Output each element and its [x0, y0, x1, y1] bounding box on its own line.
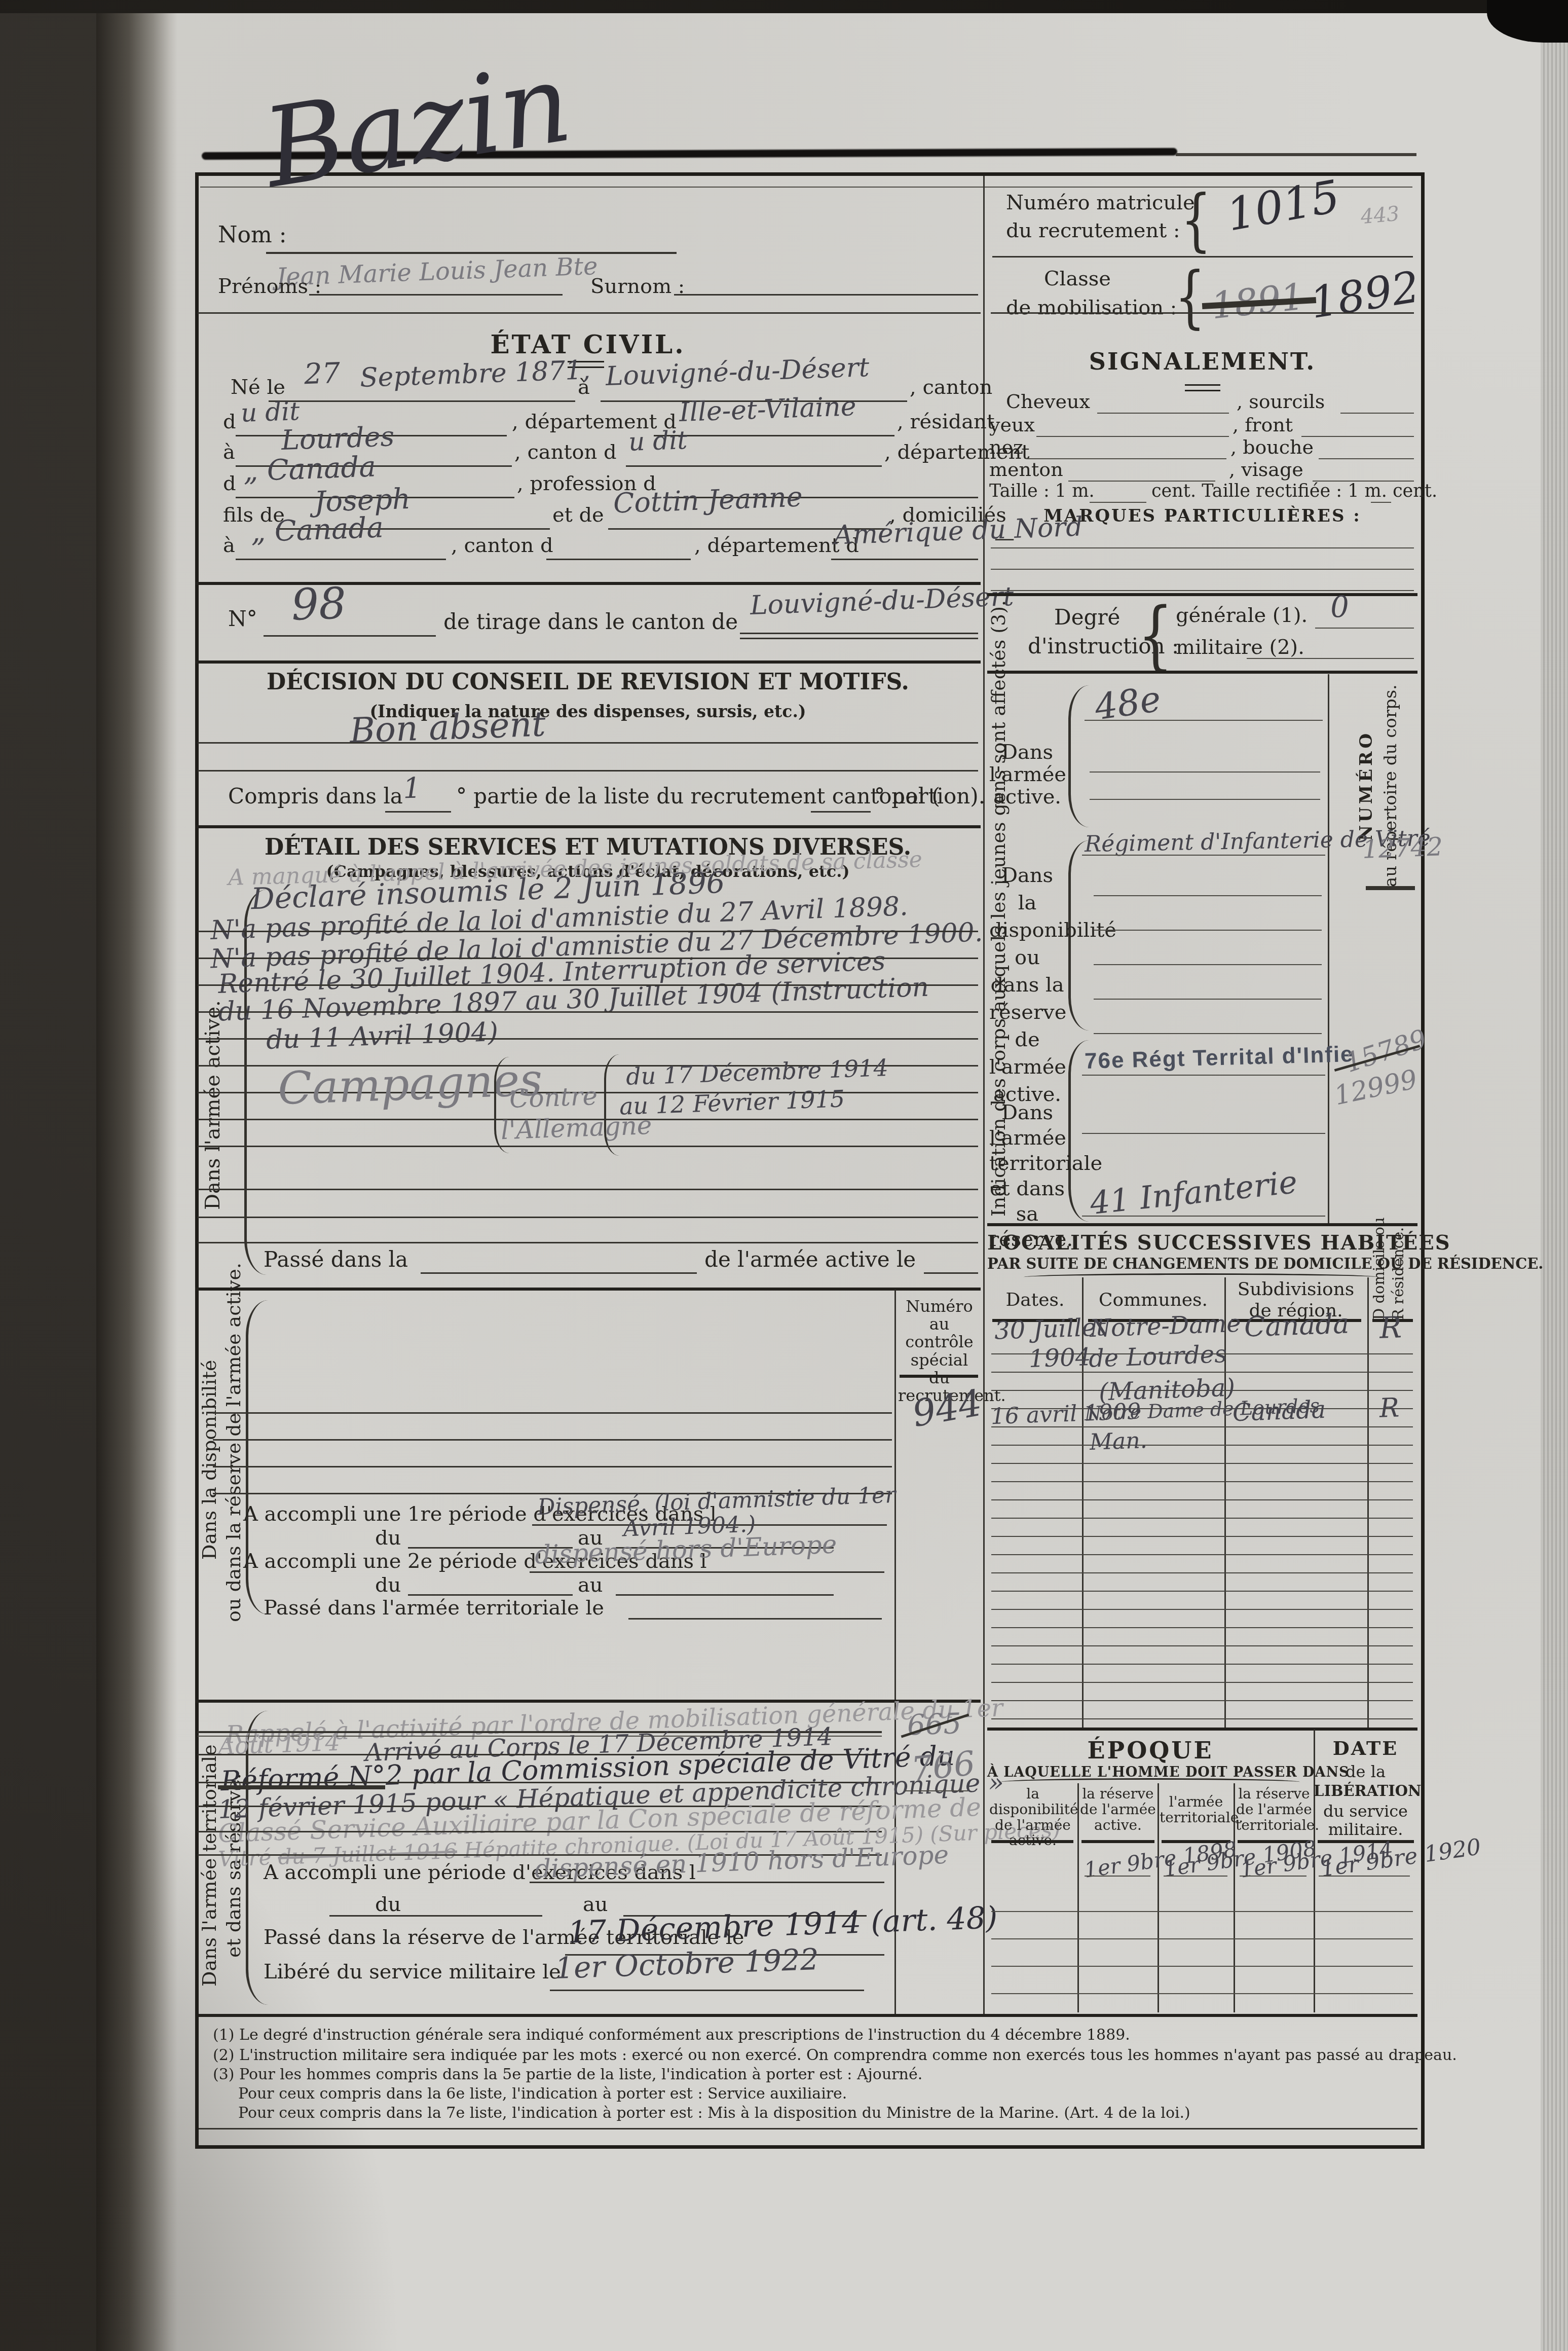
dispo-ruled-lines: [213, 1387, 892, 1501]
epoque-value-rule: [1319, 1876, 1410, 1877]
loc-row1-commune-1: Notre-Dame: [1089, 1311, 1241, 1341]
epoque-header-bar: [991, 1840, 1073, 1843]
services-rule: [198, 1189, 978, 1190]
passe-active-label-2: de l'armée active le: [704, 1248, 916, 1271]
ne-le-label: Né le: [231, 376, 285, 398]
footnote-4: Pour ceux compris dans la 6e liste, l'in…: [238, 2085, 847, 2102]
marques-rule: [991, 590, 1414, 591]
footnote-2: (2) L'instruction militaire sera indiqué…: [213, 2047, 1457, 2064]
taille-label: Taille : 1 m.: [989, 482, 1095, 501]
terr-du-rule: [329, 1915, 542, 1917]
matricule-brace: {: [1181, 187, 1211, 254]
taille-cent-label: cent.: [1393, 482, 1437, 501]
date-liberation-label-2: de la: [1314, 1763, 1417, 1781]
compris-label-3: ° portion).: [874, 785, 985, 808]
residence-country: „ Canada: [243, 453, 377, 486]
parents-canton-label: , canton d: [451, 534, 553, 557]
passe-active-rule: [924, 1272, 978, 1274]
sig-rule: [1097, 413, 1229, 414]
epoque-header-bar: [1081, 1840, 1154, 1843]
visage-label: , visage: [1229, 459, 1303, 481]
ec-rule: [831, 559, 978, 560]
passe-territoriale-label: Passé dans l'armée territoriale le: [264, 1597, 604, 1619]
libere-value: 1er Octobre 1922: [554, 1944, 819, 1983]
date-liberation-label-3: LIBÉRATION: [1314, 1783, 1417, 1799]
corps-active-brace: [1068, 685, 1089, 827]
campagnes-au: au 12 Février 1915: [619, 1087, 845, 1118]
localites-title: LOCALITÉS SUCCESSIVES HABITÉES: [987, 1232, 1417, 1254]
tirage-rule: [264, 635, 436, 637]
libere-label: Libéré du service militaire le: [264, 1961, 561, 1983]
tirage-rule: [740, 638, 978, 639]
passe-active-label-1: Passé dans la: [264, 1248, 408, 1271]
instruction-label-1: Degré: [1054, 606, 1120, 629]
decision-end-rule: [195, 825, 981, 828]
footnote-3: (3) Pour les hommes compris dans la 5e p…: [213, 2066, 922, 2083]
passe-active-rule: [421, 1272, 697, 1274]
loc-row1-dr: R: [1379, 1312, 1402, 1342]
corps-rule: [1082, 1216, 1325, 1217]
epoque-header-2: la réserve de l'armée active.: [1079, 1786, 1156, 1833]
sig-rule: [1090, 502, 1146, 503]
epoque-title: ÉPOQUE: [987, 1738, 1314, 1764]
sig-rule: [1340, 413, 1414, 414]
epoque-top-rule: [987, 1728, 1417, 1731]
tirage-rule: [740, 633, 978, 634]
services-rule: [198, 1217, 978, 1218]
birth-day: 27: [304, 359, 341, 389]
residence-canton-label: , canton d: [514, 441, 617, 463]
corps-active-label: Dans l'armée active.: [989, 741, 1065, 808]
instruction-generale-value: 0: [1330, 592, 1350, 621]
epoque-value-rule: [1240, 1876, 1306, 1877]
compris-label: Compris dans la: [228, 785, 403, 808]
ec-rule: [236, 559, 446, 560]
corps-numero-divider: [1328, 674, 1329, 1223]
cheveux-label: Cheveux: [1006, 391, 1090, 413]
residence-dep-d: d: [223, 472, 236, 495]
classe-brace: {: [1175, 264, 1205, 331]
epoque-value-rule: [1085, 1876, 1150, 1877]
marques-dash: —: [994, 527, 1015, 549]
campagnes-brace-2: [604, 1054, 619, 1156]
compris-label-2: ° partie de la liste du recrutement cant…: [456, 785, 940, 808]
signalement-title: SIGNALEMENT.: [987, 349, 1417, 375]
canton-ditto: u dit: [240, 398, 300, 426]
name-label: Nom :: [218, 223, 287, 247]
periode1-du: du: [375, 1527, 401, 1549]
sig-rule: [1319, 458, 1414, 459]
compris-rule: [811, 811, 871, 813]
periode2-au: au: [578, 1574, 603, 1596]
ec-rule: [626, 465, 882, 467]
tirage-label: de tirage dans le canton de: [443, 610, 738, 634]
terr-margin-label-1: Dans l'armée territoriale: [199, 1739, 220, 1992]
surname-rule: [674, 294, 978, 296]
d-label: d: [223, 411, 236, 433]
a-label: à: [578, 376, 590, 398]
corps-active-lines: [1090, 745, 1320, 826]
periode2-du-rule: [408, 1594, 573, 1596]
date-liberation-label-5: militaire.: [1314, 1821, 1417, 1839]
numero-repertoire-rule: [1366, 886, 1415, 890]
departement-value: Ille-et-Vilaine: [679, 393, 856, 426]
instruction-brace: {: [1138, 597, 1173, 673]
compris-value: 1: [402, 774, 422, 803]
compris-rule: [385, 811, 451, 813]
sig-rule: [1036, 436, 1229, 437]
terr-margin-number-rule: [905, 1790, 968, 1791]
residence-canton-value: u dit: [628, 427, 688, 455]
footnote-1: (1) Le degré d'instruction générale sera…: [213, 2027, 1130, 2043]
terr-margin-number: 766: [910, 1747, 977, 1787]
residence-a-label: à: [223, 441, 235, 463]
matricule-rule: [992, 256, 1413, 258]
firstnames-rule: [309, 294, 563, 296]
services-rule: [198, 1242, 978, 1243]
marques-rule: [991, 569, 1414, 570]
residant-word: , résidant: [897, 411, 995, 433]
military-register-scan: Bazin Nom : Jean Marie Louis Jean Bte Pr…: [0, 0, 1568, 2351]
menton-label: menton: [989, 459, 1063, 481]
localites-header-communes: Communes.: [1082, 1290, 1224, 1310]
corps-dispo-lines: [1094, 862, 1322, 1034]
marques-rule: [991, 547, 1414, 548]
signalement-end-rule: [987, 593, 1417, 596]
loc-row2-commune-2: Man.: [1089, 1429, 1147, 1454]
taille-rectifiee-label: cent. Taille rectifiée : 1 m.: [1151, 482, 1387, 501]
name-rule: [266, 252, 677, 254]
control-number-rule: [900, 1375, 978, 1378]
localites-header-subdiv-1: Subdivisions: [1224, 1279, 1367, 1300]
tirage-end-rule: [195, 660, 981, 664]
firstnames-label: Prénoms :: [218, 275, 321, 298]
yeux-label: yeux: [989, 415, 1035, 436]
libere-rule: [550, 1990, 864, 1991]
decision-rule: [198, 742, 978, 744]
tirage-no-label: N°: [228, 607, 257, 631]
footer-bottom-rule: [199, 2128, 1417, 2129]
loc-row1-region: Canada: [1244, 1310, 1350, 1341]
epoque-value-rule: [1164, 1876, 1227, 1877]
matricule-label-1: Numéro matricule: [1006, 192, 1195, 214]
localites-header-residence: R résidence.: [1391, 1229, 1407, 1320]
decision-subtitle: (Indiquer la nature des dispenses, sursi…: [195, 703, 981, 721]
control-number-value: 944: [910, 1384, 985, 1432]
reforme-underline: [218, 1785, 385, 1789]
sourcils-label: , sourcils: [1237, 391, 1325, 413]
corps-dispo-number: 12742: [1362, 834, 1443, 862]
ink-smear-thin: [1176, 153, 1416, 156]
loc-row2-dr: R: [1379, 1394, 1400, 1421]
periode2-au-rule: [616, 1594, 834, 1596]
et-de-label: et de: [552, 504, 604, 526]
residence-place: Lourdes: [281, 423, 395, 454]
decision-rule: [198, 770, 978, 772]
corps-rule: [1082, 1133, 1325, 1134]
instruction-generale-label: générale (1).: [1176, 604, 1308, 627]
localites-header-domicile: D domicile ou: [1371, 1229, 1388, 1320]
classe-label-2: de mobilisation :: [1006, 297, 1177, 319]
marques-title: MARQUES PARTICULIÈRES :: [987, 507, 1417, 526]
periode2-rule: [530, 1571, 884, 1573]
bouche-label: , bouche: [1230, 437, 1314, 458]
loc-row1-date-2: 1904: [1028, 1345, 1091, 1371]
epoque-header-1: la disponibilité de l'armée active.: [989, 1786, 1076, 1849]
sig-rule: [1371, 502, 1391, 503]
terr-du: du: [375, 1893, 401, 1916]
corner-pencil-note: 443: [1360, 204, 1400, 228]
ec-rule: [546, 559, 691, 560]
date-liberation-label-4: du service: [1314, 1803, 1417, 1820]
instruction-militaire-label: militaire (2).: [1176, 636, 1304, 658]
terr-au: au: [583, 1893, 608, 1916]
header-bottom-rule-right: [991, 312, 1414, 314]
instruction-rule: [1247, 658, 1414, 659]
epoque-header-4: la réserve de l'armée territoriale.: [1236, 1786, 1313, 1833]
instruction-end-rule: [987, 671, 1417, 674]
corps-rule: [1082, 855, 1325, 856]
decision-title: DÉCISION DU CONSEIL DE REVISION ET MOTIF…: [195, 670, 981, 694]
ec-rule: [654, 435, 894, 436]
passe-territoriale-rule: [628, 1618, 882, 1620]
corps-rule: [1082, 1075, 1325, 1076]
tirage-number: 98: [291, 582, 347, 627]
footnote-5: Pour ceux compris dans la 7e liste, l'in…: [238, 2105, 1190, 2121]
mother-name: Cottin Jeanne: [613, 483, 803, 517]
localites-header-dates: Dates.: [988, 1290, 1082, 1310]
ec-rule: [269, 400, 575, 402]
epoque-ornament: [1001, 1778, 1300, 1786]
footer-top-rule: [199, 2014, 1417, 2017]
terr-periode-rule: [530, 1882, 884, 1883]
instruction-rule: [1315, 628, 1414, 629]
front-label: , front: [1233, 415, 1293, 436]
header-bottom-rule-left: [198, 312, 981, 314]
epoque-ruled-lines: [991, 1885, 1413, 1996]
date-liberation-label-1: DATE: [1314, 1738, 1417, 1759]
loc-row2-region: Canada: [1232, 1398, 1326, 1425]
classe-label-1: Classe: [1044, 268, 1111, 290]
nez-label: nez: [989, 437, 1023, 458]
signalement-ornament: [1185, 384, 1220, 391]
sig-rule: [1301, 436, 1414, 437]
parents-residence-country: „ Canada: [250, 513, 384, 546]
canton-word: , canton: [910, 376, 992, 398]
services-end-rule: [195, 1288, 981, 1291]
corps-active-value: 48e: [1093, 681, 1163, 725]
campagnes-contre: Contre: [509, 1083, 598, 1112]
parents-residence-a: à: [223, 534, 235, 557]
matricule-label-2: du recrutement :: [1006, 219, 1180, 242]
localites-subtitle: PAR SUITE DE CHANGEMENTS DE DOMICILE OU …: [987, 1256, 1417, 1272]
epoque-header-3: l'armée territoriale.: [1160, 1794, 1233, 1826]
birth-month-year: Septembre 1871,: [359, 357, 591, 391]
localites-top-rule: [987, 1223, 1417, 1226]
corps-dispo-label: Dans la disponibilité ou dans la réserve…: [989, 862, 1065, 1108]
surname-label: Surnom :: [590, 275, 685, 298]
corps-terr-label: Dans l'armée territoriale et dans sa rés…: [989, 1100, 1065, 1252]
corps-rule: [1085, 720, 1323, 721]
loc-row1-commune-2: de Lourdes: [1088, 1342, 1227, 1371]
periode2-du: du: [375, 1574, 401, 1596]
